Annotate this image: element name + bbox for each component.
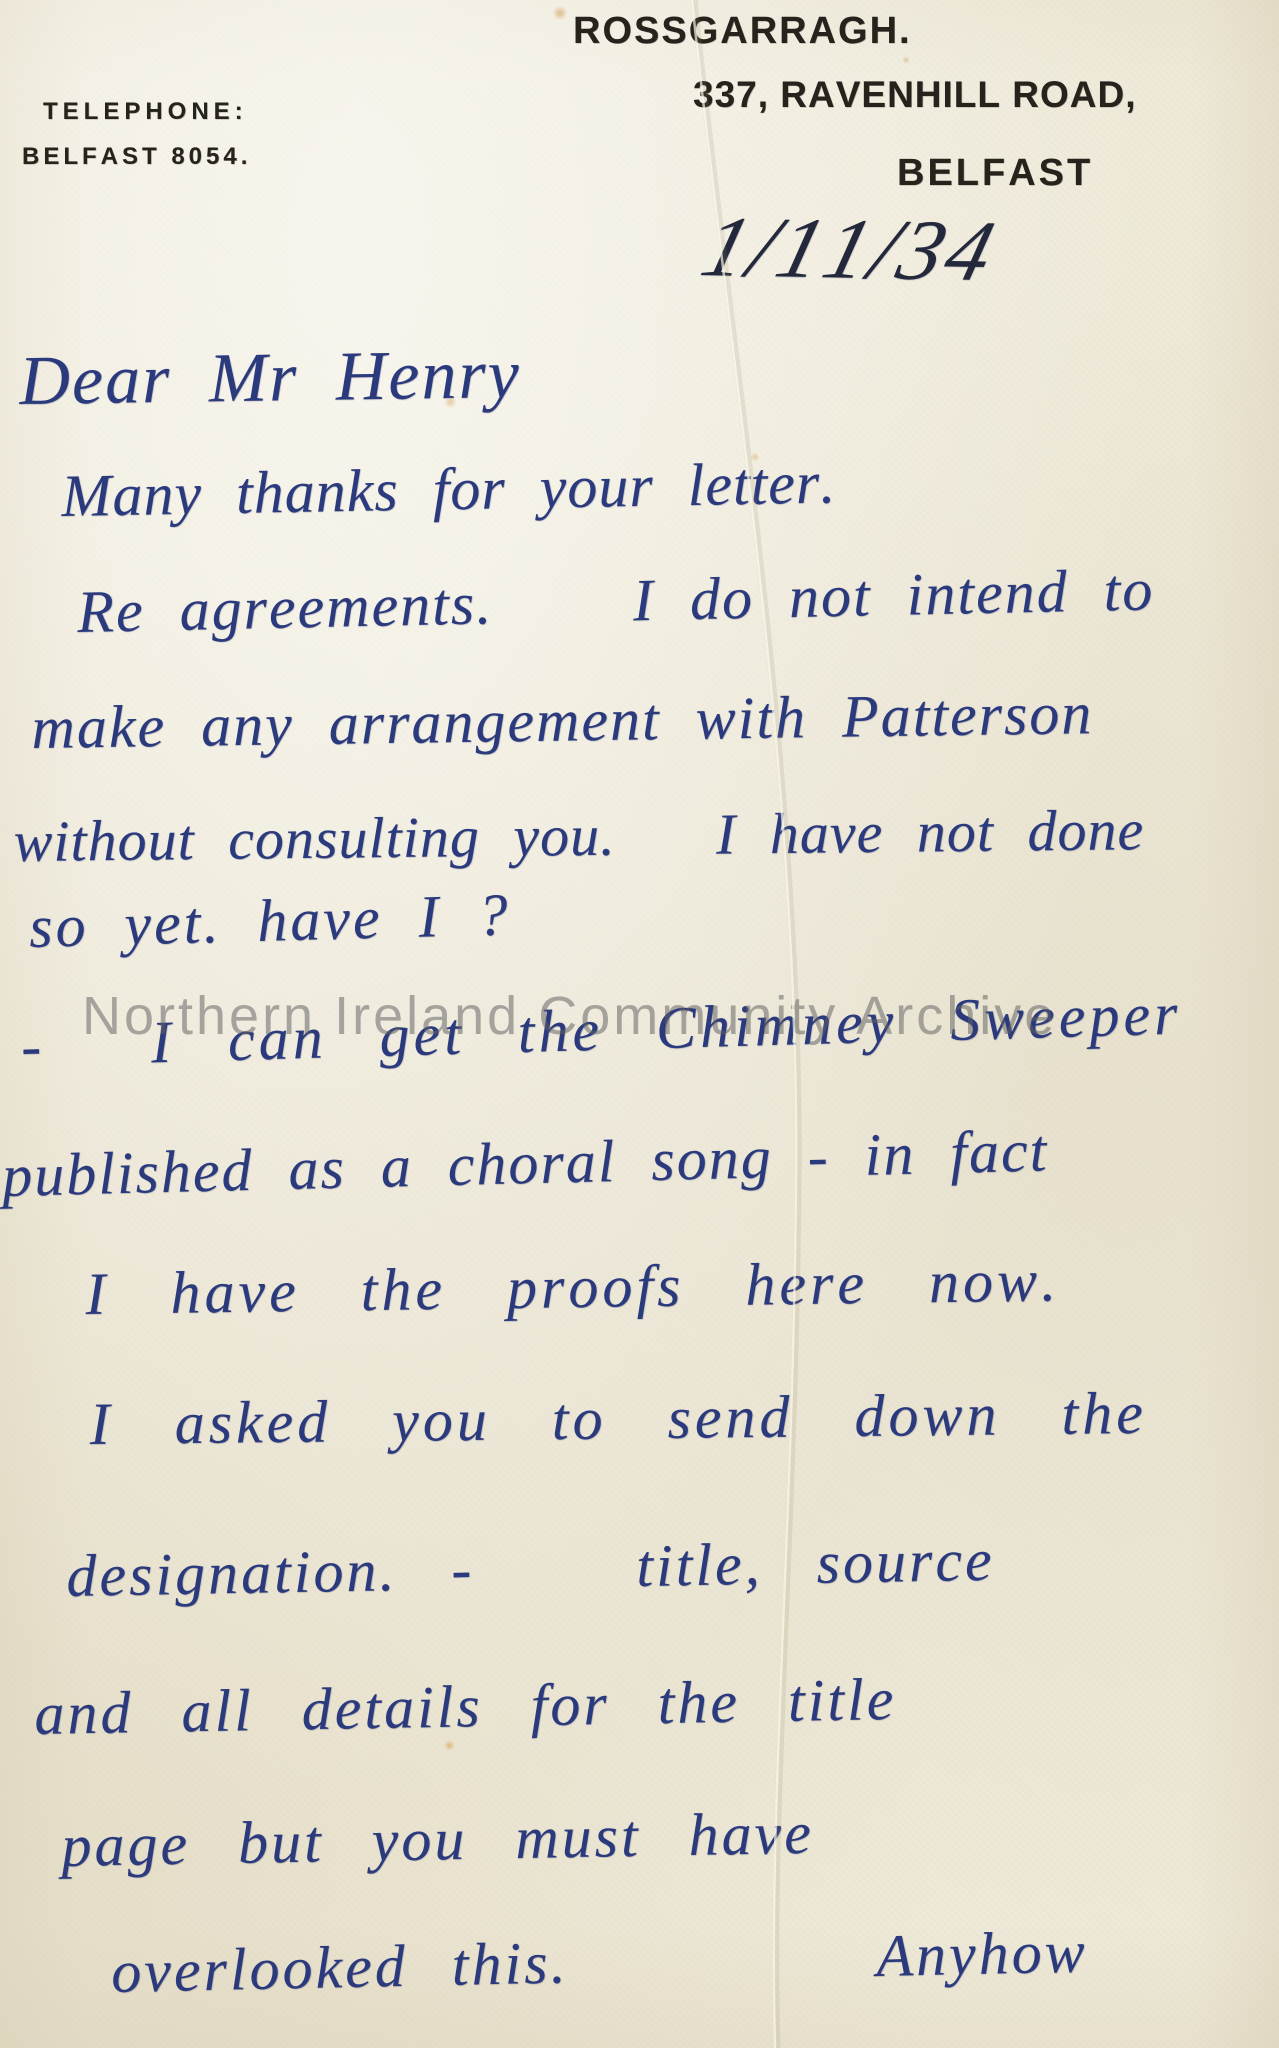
- foxing-spot: [444, 396, 457, 408]
- letter-page: ROSSGARRAGH. 337, RAVENHILL ROAD, BELFAS…: [0, 0, 1279, 2048]
- foxing-spot: [750, 452, 760, 462]
- fold-crease: [0, 0, 1279, 2048]
- foxing-spot: [902, 56, 910, 64]
- foxing-spot: [444, 1740, 455, 1751]
- foxing-spot: [552, 6, 568, 20]
- fold-crease-svg: [0, 0, 1279, 2048]
